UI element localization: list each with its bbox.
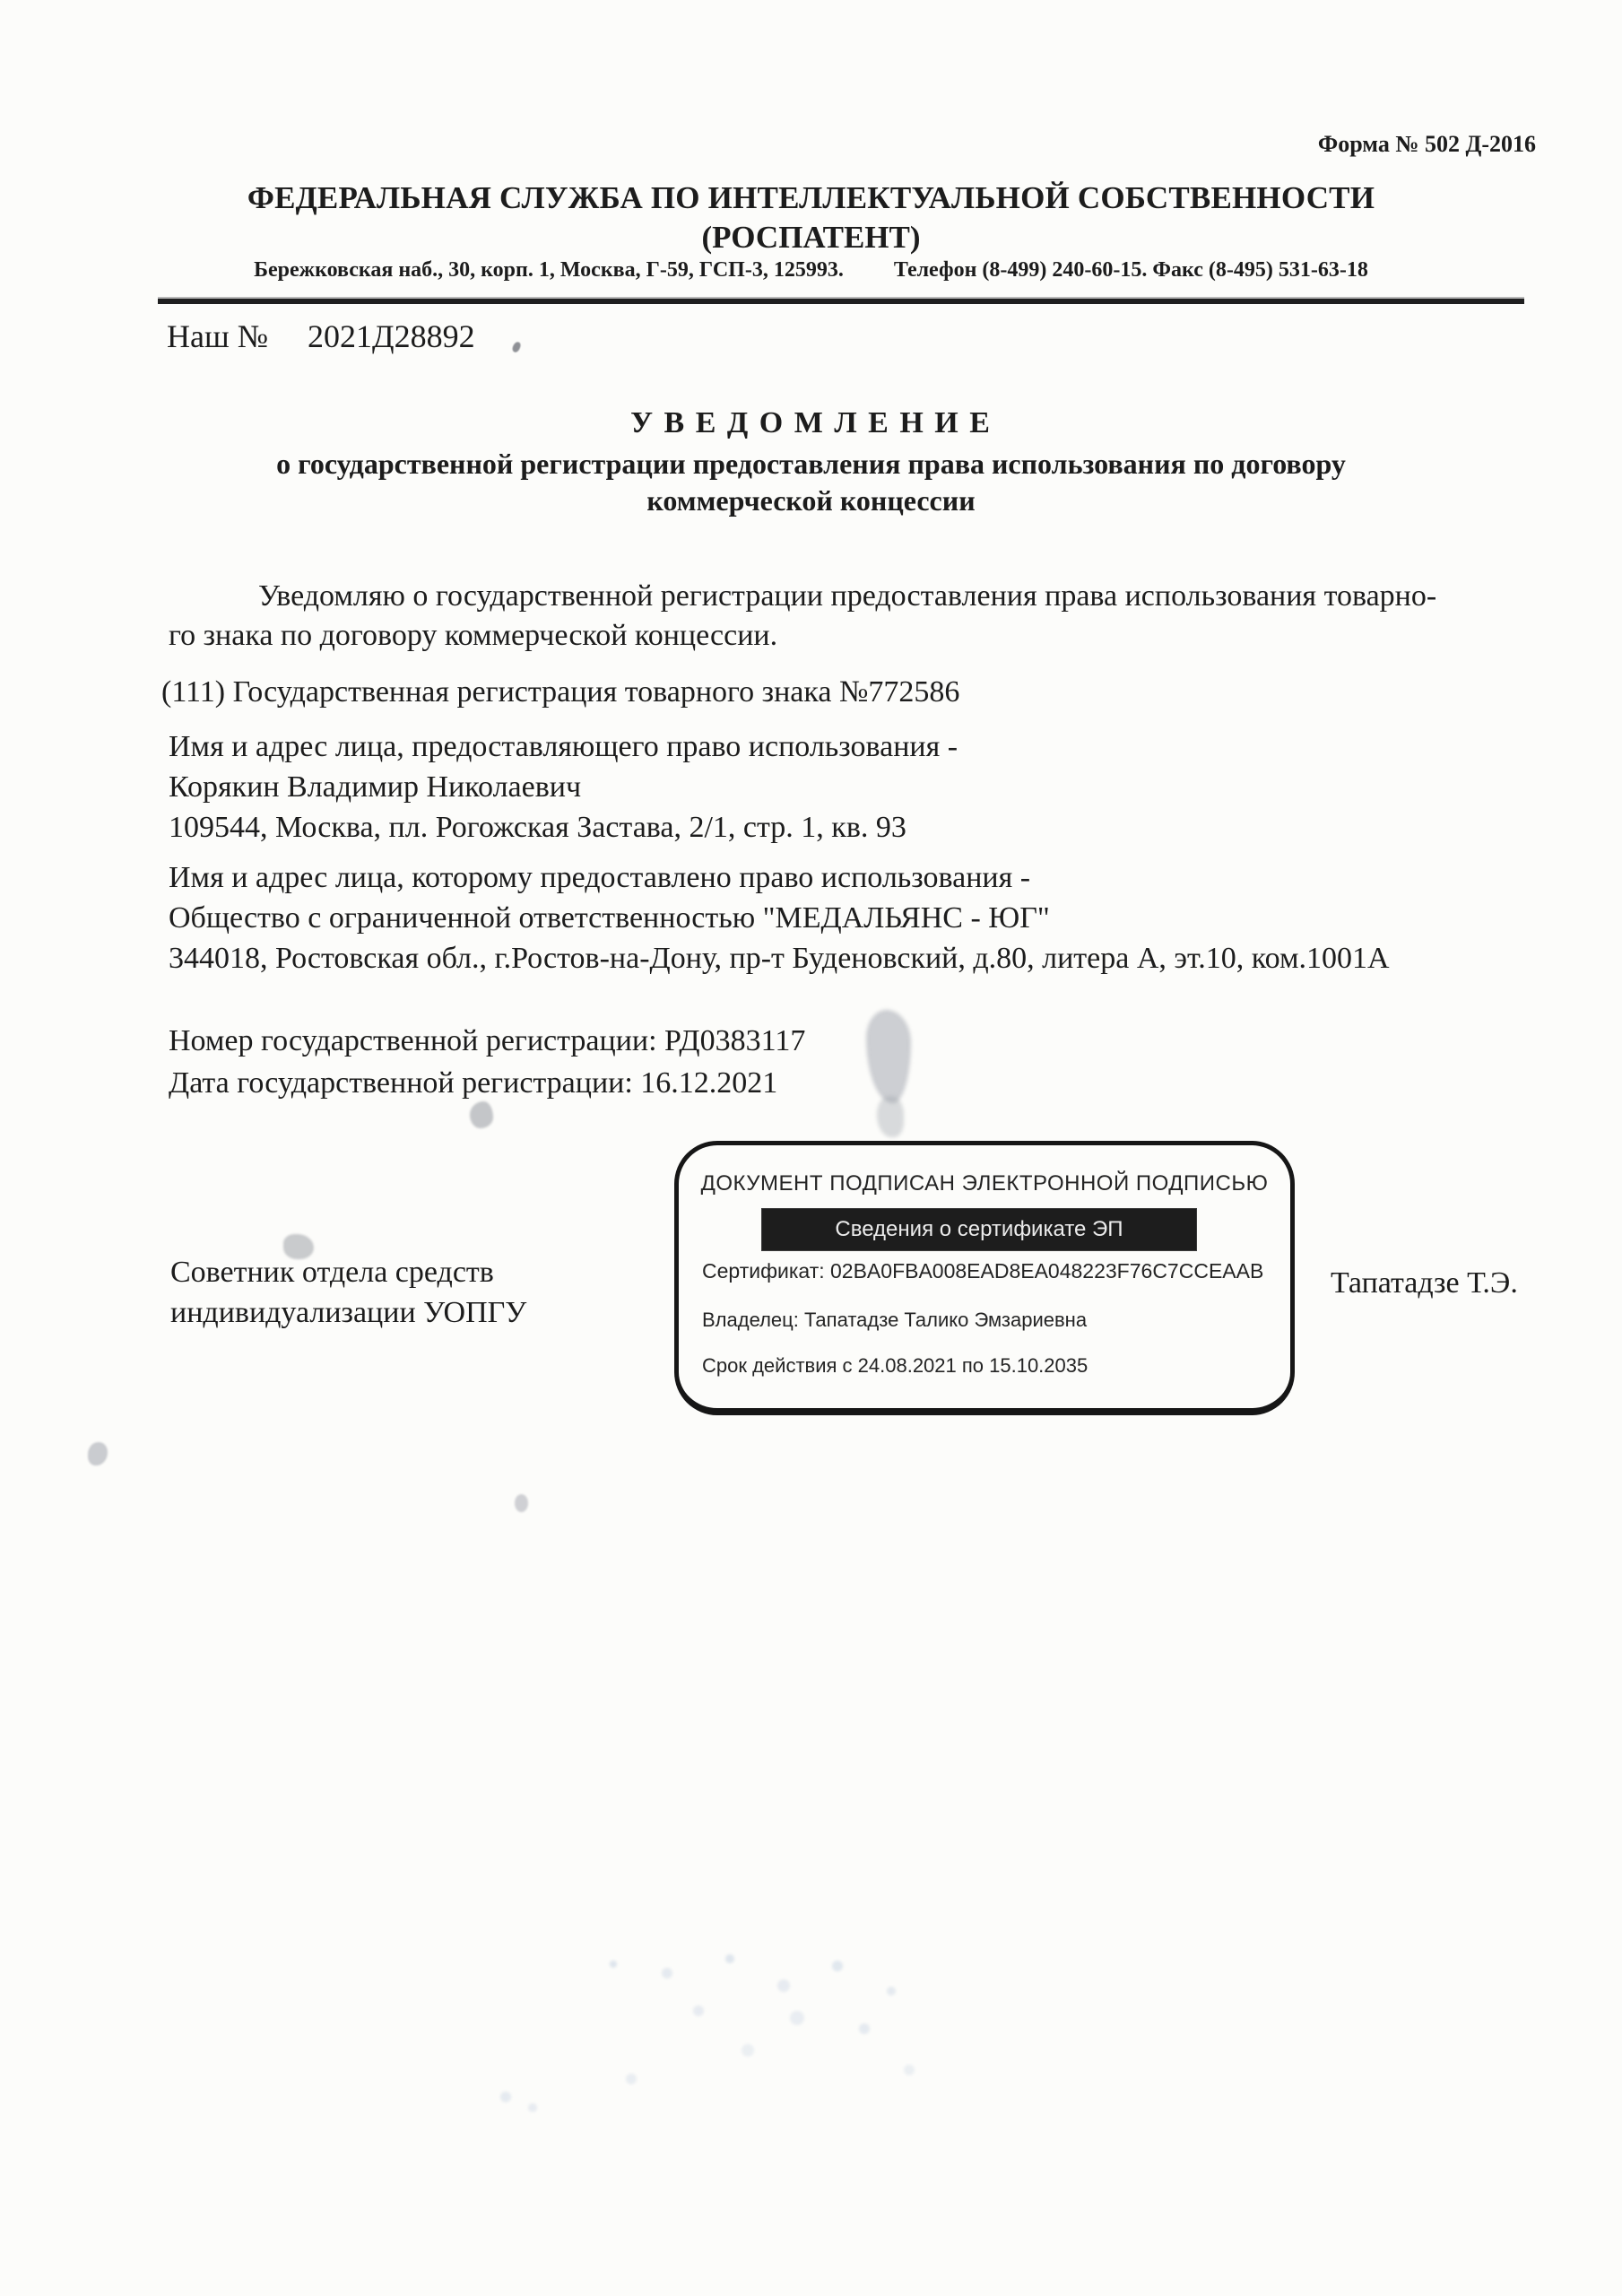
agency-address: Бережковская наб., 30, корп. 1, Москва, … [254, 258, 844, 282]
esign-cert-info-bar: Сведения о сертификате ЭП [762, 1209, 1196, 1250]
agency-phone-fax: Телефон (8-499) 240-60-15. Факс (8-495) … [894, 258, 1368, 282]
licensee-name: Общество с ограниченной ответственностью… [169, 898, 1390, 938]
scan-smudge [877, 1096, 904, 1137]
esign-stamp: ДОКУМЕНТ ПОДПИСАН ЭЛЕКТРОННОЙ ПОДПИСЬЮ С… [674, 1141, 1295, 1415]
agency-name: ФЕДЕРАЛЬНАЯ СЛУЖБА ПО ИНТЕЛЛЕКТУАЛЬНОЙ С… [0, 180, 1622, 216]
licensee-block: Имя и адрес лица, которому предоставлено… [169, 857, 1390, 978]
licensor-address: 109544, Москва, пл. Рогожская Застава, 2… [169, 807, 958, 848]
esign-owner-line: Владелец: Тапатадзе Талико Эмзариевна [702, 1309, 1087, 1332]
signer-title-line2: индивидуализации УОПГУ [170, 1292, 526, 1333]
licensor-label: Имя и адрес лица, предоставляющего право… [169, 726, 958, 767]
agency-contact-line: Бережковская наб., 30, корп. 1, Москва, … [0, 258, 1622, 283]
esign-stamp-header: ДОКУМЕНТ ПОДПИСАН ЭЛЕКТРОННОЙ ПОДПИСЬЮ [679, 1171, 1290, 1196]
notice-body-line1: Уведомляю о государственной регистрации … [169, 579, 1540, 613]
notice-body-line2: го знака по договору коммерческой концес… [169, 619, 1540, 653]
trademark-registration-line: (111) Государственная регистрация товарн… [161, 675, 959, 709]
ghost-stain [610, 1961, 617, 1968]
esign-certificate-line: Сертификат: 02BA0FBA008EAD8EA048223F76C7… [702, 1259, 1263, 1283]
licensee-label: Имя и адрес лица, которому предоставлено… [169, 857, 1390, 898]
agency-short-name: (РОСПАТЕНТ) [0, 220, 1622, 256]
scan-speck [470, 1101, 493, 1128]
ink-speck [511, 341, 521, 353]
scan-smudge [866, 1010, 911, 1103]
our-number-label: Наш № [167, 317, 268, 355]
licensor-block: Имя и адрес лица, предоставляющего право… [169, 726, 958, 848]
scan-speck [88, 1442, 108, 1465]
header-divider-rule [158, 297, 1524, 304]
notice-subtitle-line2: коммерческой концессии [0, 484, 1622, 517]
esign-validity-line: Срок действия с 24.08.2021 по 15.10.2035 [702, 1354, 1088, 1378]
our-number-value: 2021Д28892 [308, 317, 475, 355]
signer-name: Тапатадзе Т.Э. [1331, 1266, 1518, 1300]
notice-title: У В Е Д О М Л Е Н И Е [0, 406, 1622, 440]
licensor-name: Корякин Владимир Николаевич [169, 767, 958, 807]
registration-number-line: Номер государственной регистрации: РД038… [169, 1024, 805, 1058]
scan-speck [515, 1494, 528, 1512]
form-number: Форма № 502 Д-2016 [1318, 131, 1536, 158]
notice-subtitle-line1: о государственной регистрации предоставл… [0, 448, 1622, 481]
signer-title-line1: Советник отдела средств [170, 1252, 526, 1292]
signer-title: Советник отдела средств индивидуализации… [170, 1252, 526, 1333]
registration-date-line: Дата государственной регистрации: 16.12.… [169, 1066, 777, 1100]
our-number-line: Наш № 2021Д28892 [167, 317, 475, 355]
scanned-document-page: Форма № 502 Д-2016 ФЕДЕРАЛЬНАЯ СЛУЖБА ПО… [0, 0, 1622, 2296]
licensee-address: 344018, Ростовская обл., г.Ростов-на-Дон… [169, 938, 1390, 978]
